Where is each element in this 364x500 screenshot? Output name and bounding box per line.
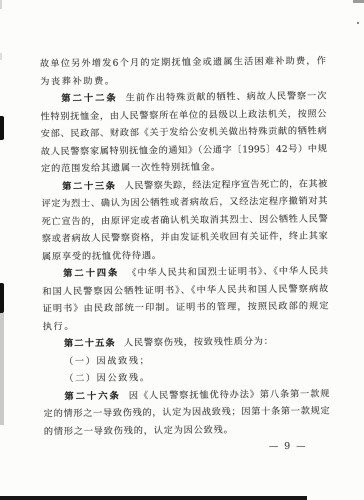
scan-artifact-top-right-bar xyxy=(353,0,364,3)
scan-artifact-left-mark-2 xyxy=(0,283,4,313)
article23-line: 察或者病故人民警察资格，并由发证机关收回有关证件，终止其家 xyxy=(42,228,328,248)
article23-heading: 第二十三条 xyxy=(62,180,116,192)
article23-text: 人民警察失踪，经法定程序宣告死亡的，在其被 xyxy=(125,178,328,191)
scan-artifact-top-left-2 xyxy=(0,53,2,60)
scan-artifact-bottom-edge xyxy=(0,496,307,500)
article24-line: 证明书》由民政部统一印制。证明书的管理，按照民政部的规定 xyxy=(42,298,328,318)
article22-text: 生前作出特殊贡献的牺牲、病故人民警察一次 xyxy=(126,91,327,104)
article24-heading: 第二十四条 xyxy=(63,268,119,280)
scan-artifact-top-right-dot xyxy=(357,22,359,24)
article22-heading: 第二十二条 xyxy=(61,93,118,105)
page-number: — 9 — xyxy=(44,437,330,457)
scanned-document-page: 故单位另外增发6个月的定期抚恤金或遗属生活困难补助费，作 为丧葬补助费。 第二十… xyxy=(0,0,364,500)
article22-first-line: 第二十二条生前作出特殊贡献的牺牲、病故人民警察一次 xyxy=(40,88,326,108)
article22-line: 安部、民政部、财政部《关于发给公安机关做出特殊贡献的牺牲病 xyxy=(41,123,327,143)
document-text-block: 故单位另外增发6个月的定期抚恤金或遗属生活困难补助费，作 为丧葬补助费。 第二十… xyxy=(40,53,330,458)
article26-line: 定的情形之一导致伤残的，认定为因战致残；因第十条第一款规定 xyxy=(44,402,330,422)
para21-line: 故单位另外增发6个月的定期抚恤金或遗属生活困难补助费，作 xyxy=(40,53,326,73)
article24-text: 《中华人民共和国烈士证明书》、《中华人民共 xyxy=(127,266,328,279)
article26-heading: 第二十六条 xyxy=(64,390,121,402)
scan-artifact-left-mark-1 xyxy=(0,116,4,140)
article22-line: 故人民警察家属特别抚恤金的通知》（公通字〔1995〕42号）中规 xyxy=(41,140,327,160)
article24-first-line: 第二十四条《中华人民共和国烈士证明书》、《中华人民共 xyxy=(42,263,328,283)
scan-artifact-left-strip xyxy=(0,313,4,425)
article25-heading: 第二十五条 xyxy=(64,338,116,350)
scan-artifact-top-left-1 xyxy=(0,0,2,9)
article23-line: 评定为烈士、确认为因公牺牲或者病故后，又经法定程序撤销对其 xyxy=(41,193,327,213)
article26-text: 因《人民警察抚恤优待办法》第八条第一款规 xyxy=(129,388,330,401)
article25-text: 人民警察伤残，按致残性质分为： xyxy=(124,336,274,349)
